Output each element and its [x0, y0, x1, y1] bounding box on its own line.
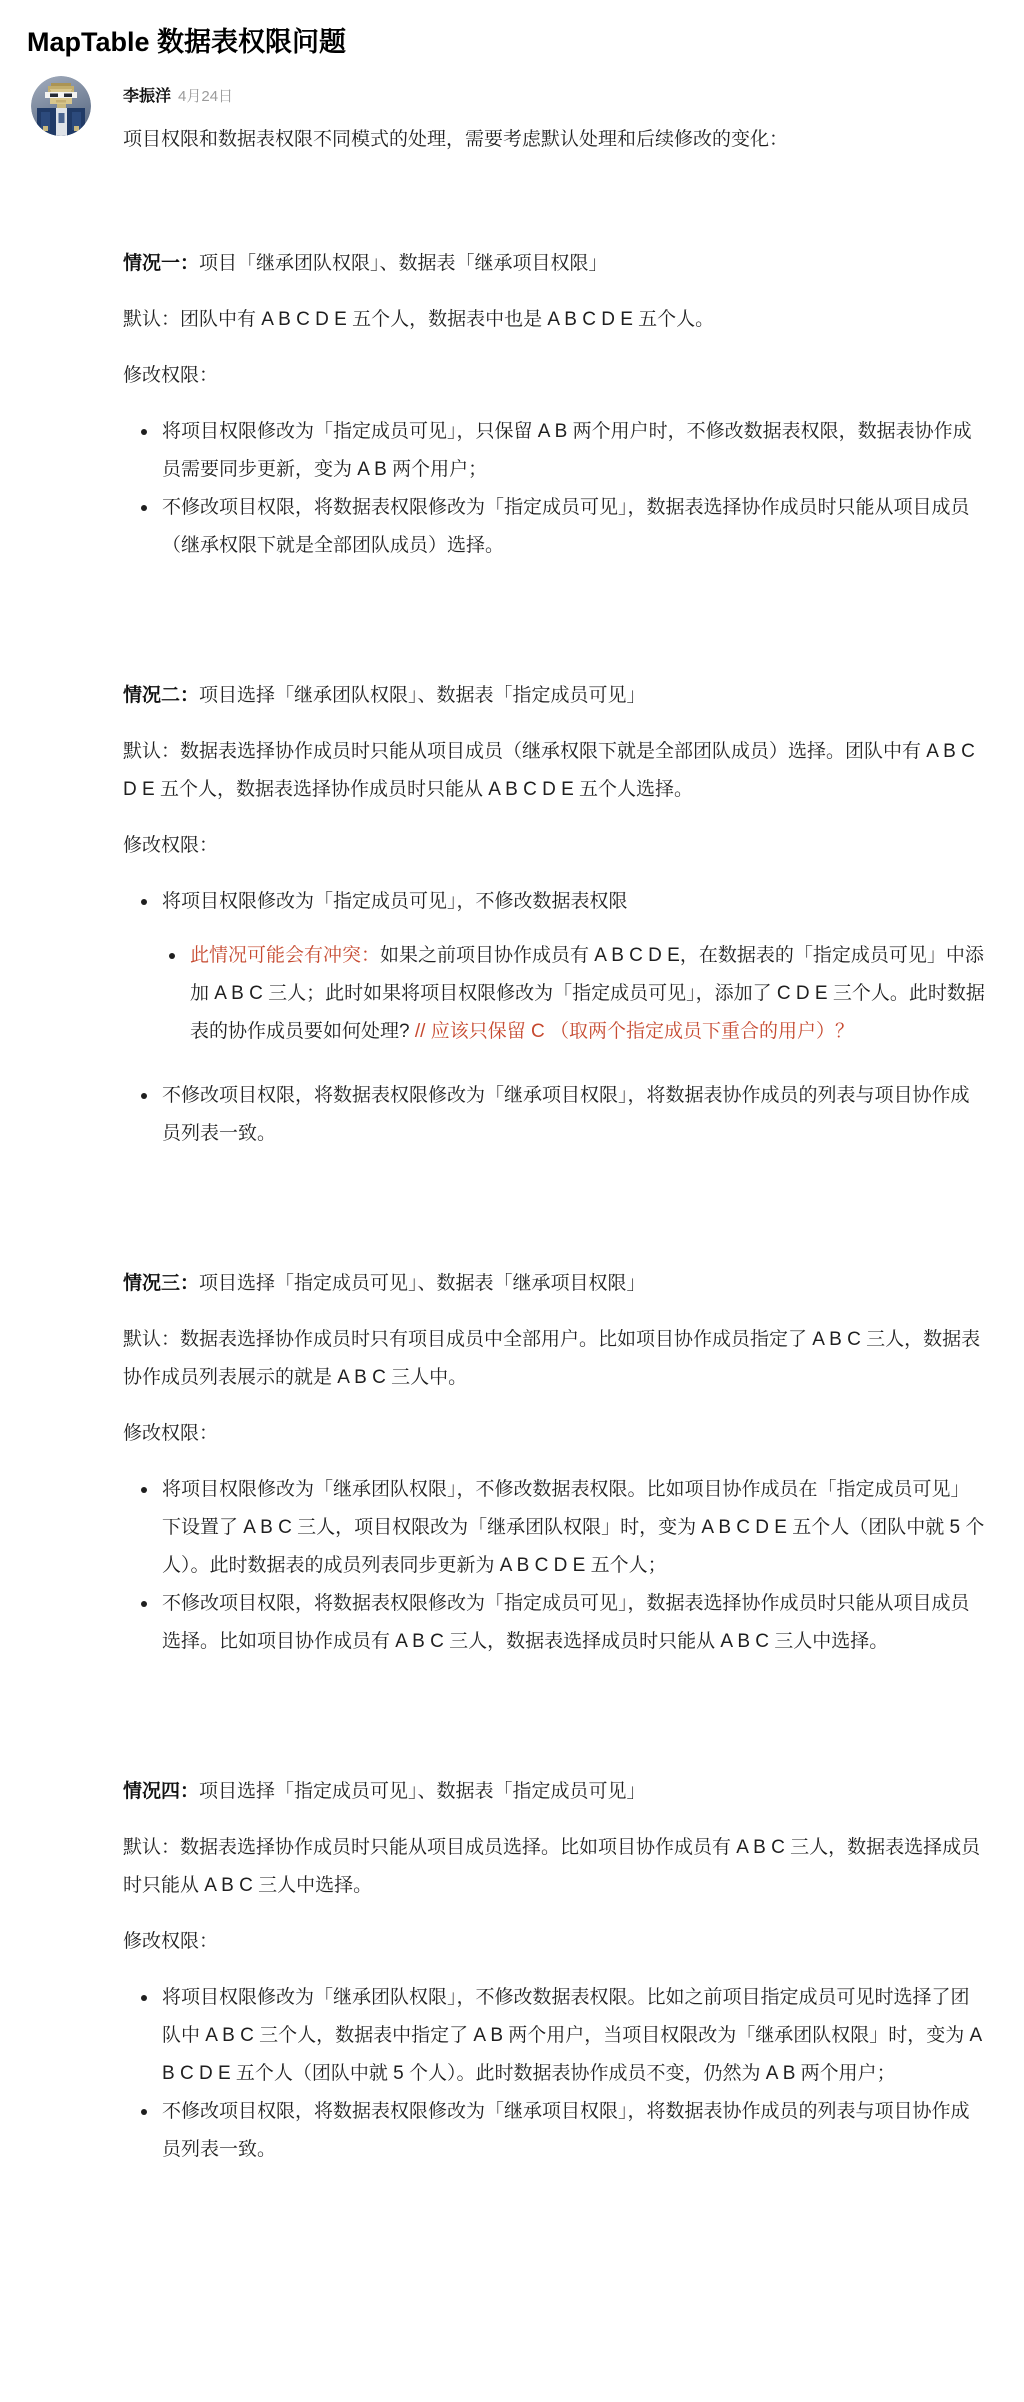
modify-label: 修改权限： [123, 1415, 985, 1453]
bullet-text: 将项目权限修改为「指定成员可见」，不修改数据表权限 [162, 891, 628, 912]
intro-paragraph: 项目权限和数据表权限不同模式的处理，需要考虑默认处理和后续修改的变化： [123, 121, 985, 159]
bullet-item: 将项目权限修改为「继承团队权限」，不修改数据表权限。比如之前项目指定成员可见时选… [162, 1979, 985, 2093]
case-heading: 情况三：项目选择「指定成员可见」、数据表「继承项目权限」 [123, 1265, 985, 1303]
default-paragraph: 默认：团队中有 A B C D E 五个人，数据表中也是 A B C D E 五… [123, 301, 985, 339]
highlighted-text: 此情况可能会有冲突： [190, 945, 380, 966]
case-title: 项目选择「指定成员可见」、数据表「继承项目权限」 [199, 1273, 646, 1294]
bullet-item: 不修改项目权限，将数据表权限修改为「指定成员可见」，数据表选择协作成员时只能从项… [162, 1585, 985, 1661]
bullet-text: 不修改项目权限，将数据表权限修改为「继承项目权限」，将数据表协作成员的列表与项目… [162, 1085, 970, 1144]
case-title: 项目「继承团队权限」、数据表「继承项目权限」 [199, 253, 608, 274]
case-title: 项目选择「继承团队权限」、数据表「指定成员可见」 [199, 685, 646, 706]
bullet-item: 将项目权限修改为「指定成员可见」，不修改数据表权限此情况可能会有冲突：如果之前项… [162, 883, 985, 1051]
default-paragraph: 默认：数据表选择协作成员时只有项目成员中全部用户。比如项目协作成员指定了 A B… [123, 1321, 985, 1397]
case-section: 情况三：项目选择「指定成员可见」、数据表「继承项目权限」默认：数据表选择协作成员… [123, 1265, 985, 1661]
case-heading: 情况二：项目选择「继承团队权限」、数据表「指定成员可见」 [123, 677, 985, 715]
bullet-item: 不修改项目权限，将数据表权限修改为「继承项目权限」，将数据表协作成员的列表与项目… [162, 2093, 985, 2169]
document-page: MapTable 数据表权限问题 [0, 0, 1024, 2402]
case-section: 情况一：项目「继承团队权限」、数据表「继承项目权限」默认：团队中有 A B C … [123, 245, 985, 565]
bullet-text: 将项目权限修改为「继承团队权限」，不修改数据表权限。比如项目协作成员在「指定成员… [162, 1479, 984, 1576]
bullet-list: 将项目权限修改为「继承团队权限」，不修改数据表权限。比如项目协作成员在「指定成员… [123, 1471, 985, 1661]
bullet-item: 不修改项目权限，将数据表权限修改为「指定成员可见」，数据表选择协作成员时只能从项… [162, 489, 985, 565]
highlighted-text: // 应该只保留 C （取两个指定成员下重合的用户）？ [415, 1021, 854, 1042]
default-paragraph: 默认：数据表选择协作成员时只能从项目成员（继承权限下就是全部团队成员）选择。团队… [123, 733, 985, 809]
author-column: 李振洋4月24日 项目权限和数据表权限不同模式的处理，需要考虑默认处理和后续修改… [123, 76, 985, 159]
case-heading: 情况四：项目选择「指定成员可见」、数据表「指定成员可见」 [123, 1773, 985, 1811]
pixel-avatar-icon [31, 76, 91, 136]
case-section: 情况四：项目选择「指定成员可见」、数据表「指定成员可见」默认：数据表选择协作成员… [123, 1773, 985, 2169]
author-name[interactable]: 李振洋 [123, 88, 171, 105]
bullet-list: 将项目权限修改为「继承团队权限」，不修改数据表权限。比如之前项目指定成员可见时选… [123, 1979, 985, 2169]
bullet-text: 不修改项目权限，将数据表权限修改为「继承项目权限」，将数据表协作成员的列表与项目… [162, 2101, 970, 2160]
author-avatar[interactable] [31, 76, 91, 136]
case-title: 项目选择「指定成员可见」、数据表「指定成员可见」 [199, 1781, 646, 1802]
author-row: 李振洋4月24日 项目权限和数据表权限不同模式的处理，需要考虑默认处理和后续修改… [31, 76, 985, 159]
default-paragraph: 默认：数据表选择协作成员时只能从项目成员选择。比如项目协作成员有 A B C 三… [123, 1829, 985, 1905]
page-title: MapTable 数据表权限问题 [0, 0, 1024, 60]
sections-container: 情况一：项目「继承团队权限」、数据表「继承项目权限」默认：团队中有 A B C … [123, 245, 985, 2169]
bullet-item: 此情况可能会有冲突：如果之前项目协作成员有 A B C D E，在数据表的「指定… [190, 937, 985, 1051]
post-date: 4月24日 [178, 88, 233, 105]
modify-label: 修改权限： [123, 827, 985, 865]
bullet-text: 不修改项目权限，将数据表权限修改为「指定成员可见」，数据表选择协作成员时只能从项… [162, 497, 970, 556]
bullet-item: 将项目权限修改为「继承团队权限」，不修改数据表权限。比如项目协作成员在「指定成员… [162, 1471, 985, 1585]
case-heading: 情况一：项目「继承团队权限」、数据表「继承项目权限」 [123, 245, 985, 283]
case-section: 情况二：项目选择「继承团队权限」、数据表「指定成员可见」默认：数据表选择协作成员… [123, 677, 985, 1153]
bullet-item: 不修改项目权限，将数据表权限修改为「继承项目权限」，将数据表协作成员的列表与项目… [162, 1077, 985, 1153]
sub-bullet-list: 此情况可能会有冲突：如果之前项目协作成员有 A B C D E，在数据表的「指定… [162, 937, 985, 1051]
bullet-item: 将项目权限修改为「指定成员可见」，只保留 A B 两个用户时，不修改数据表权限，… [162, 413, 985, 489]
bullet-text: 不修改项目权限，将数据表权限修改为「指定成员可见」，数据表选择协作成员时只能从项… [162, 1593, 970, 1652]
modify-label: 修改权限： [123, 1923, 985, 1961]
bullet-text: 将项目权限修改为「继承团队权限」，不修改数据表权限。比如之前项目指定成员可见时选… [162, 1987, 981, 2084]
bullet-text: 将项目权限修改为「指定成员可见」，只保留 A B 两个用户时，不修改数据表权限，… [162, 421, 972, 480]
case-label: 情况一： [123, 253, 199, 274]
case-label: 情况四： [123, 1781, 199, 1802]
bullet-list: 将项目权限修改为「指定成员可见」，只保留 A B 两个用户时，不修改数据表权限，… [123, 413, 985, 565]
case-label: 情况二： [123, 685, 199, 706]
author-line: 李振洋4月24日 [123, 84, 985, 109]
case-label: 情况三： [123, 1273, 199, 1294]
modify-label: 修改权限： [123, 357, 985, 395]
bullet-list: 将项目权限修改为「指定成员可见」，不修改数据表权限此情况可能会有冲突：如果之前项… [123, 883, 985, 1153]
